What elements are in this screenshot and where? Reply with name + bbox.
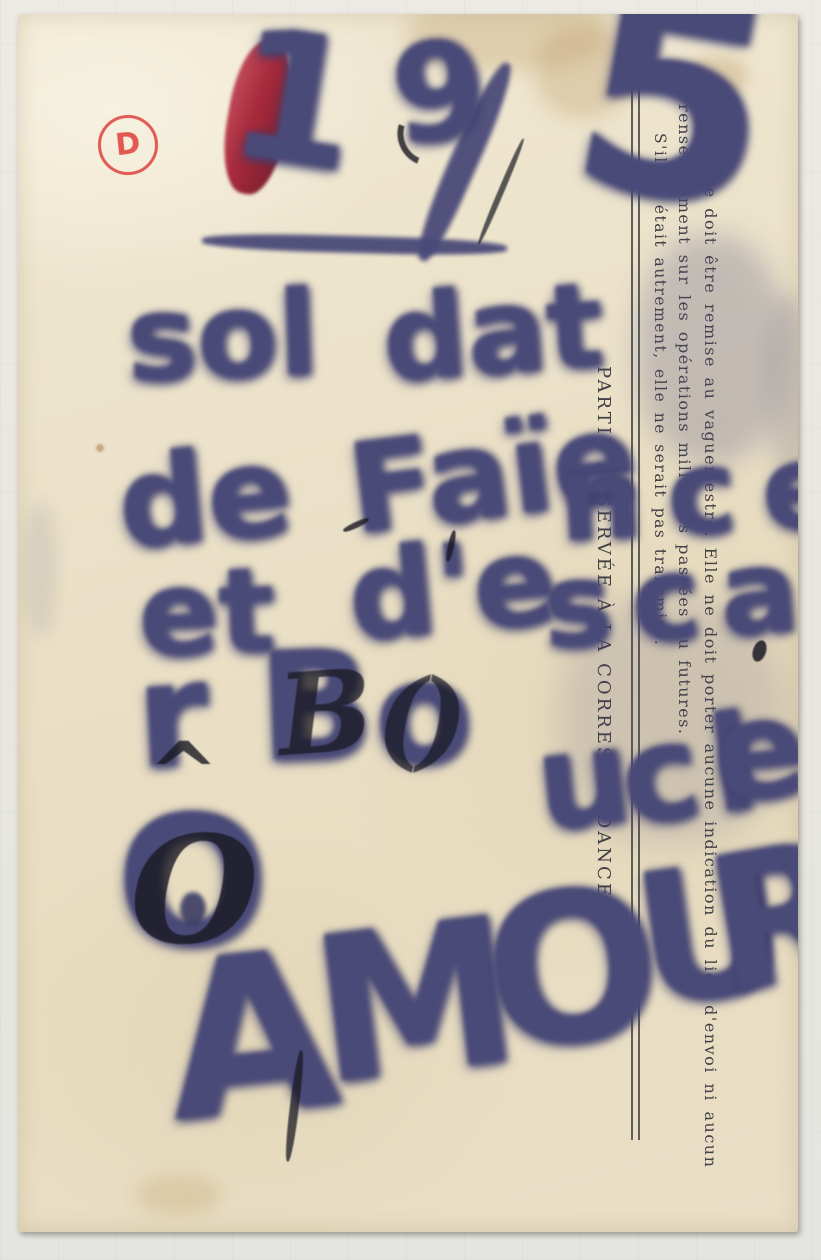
apostrophe-ink-dot [750, 639, 769, 664]
ink-accent-layer [18, 14, 798, 1232]
faience-ink-dash [342, 516, 370, 533]
faience-ink-tick [445, 530, 458, 563]
digit-1-ink-core [476, 137, 526, 245]
amour-a-ink-stroke [283, 1050, 306, 1162]
postcard: Cette carte doit être remise au vaguemes… [18, 14, 798, 1232]
postcard-scan: Cette carte doit être remise au vaguemes… [0, 0, 821, 1260]
o-circumflex-inner-dot [180, 892, 206, 926]
digit-9-ink-hook [388, 97, 462, 174]
